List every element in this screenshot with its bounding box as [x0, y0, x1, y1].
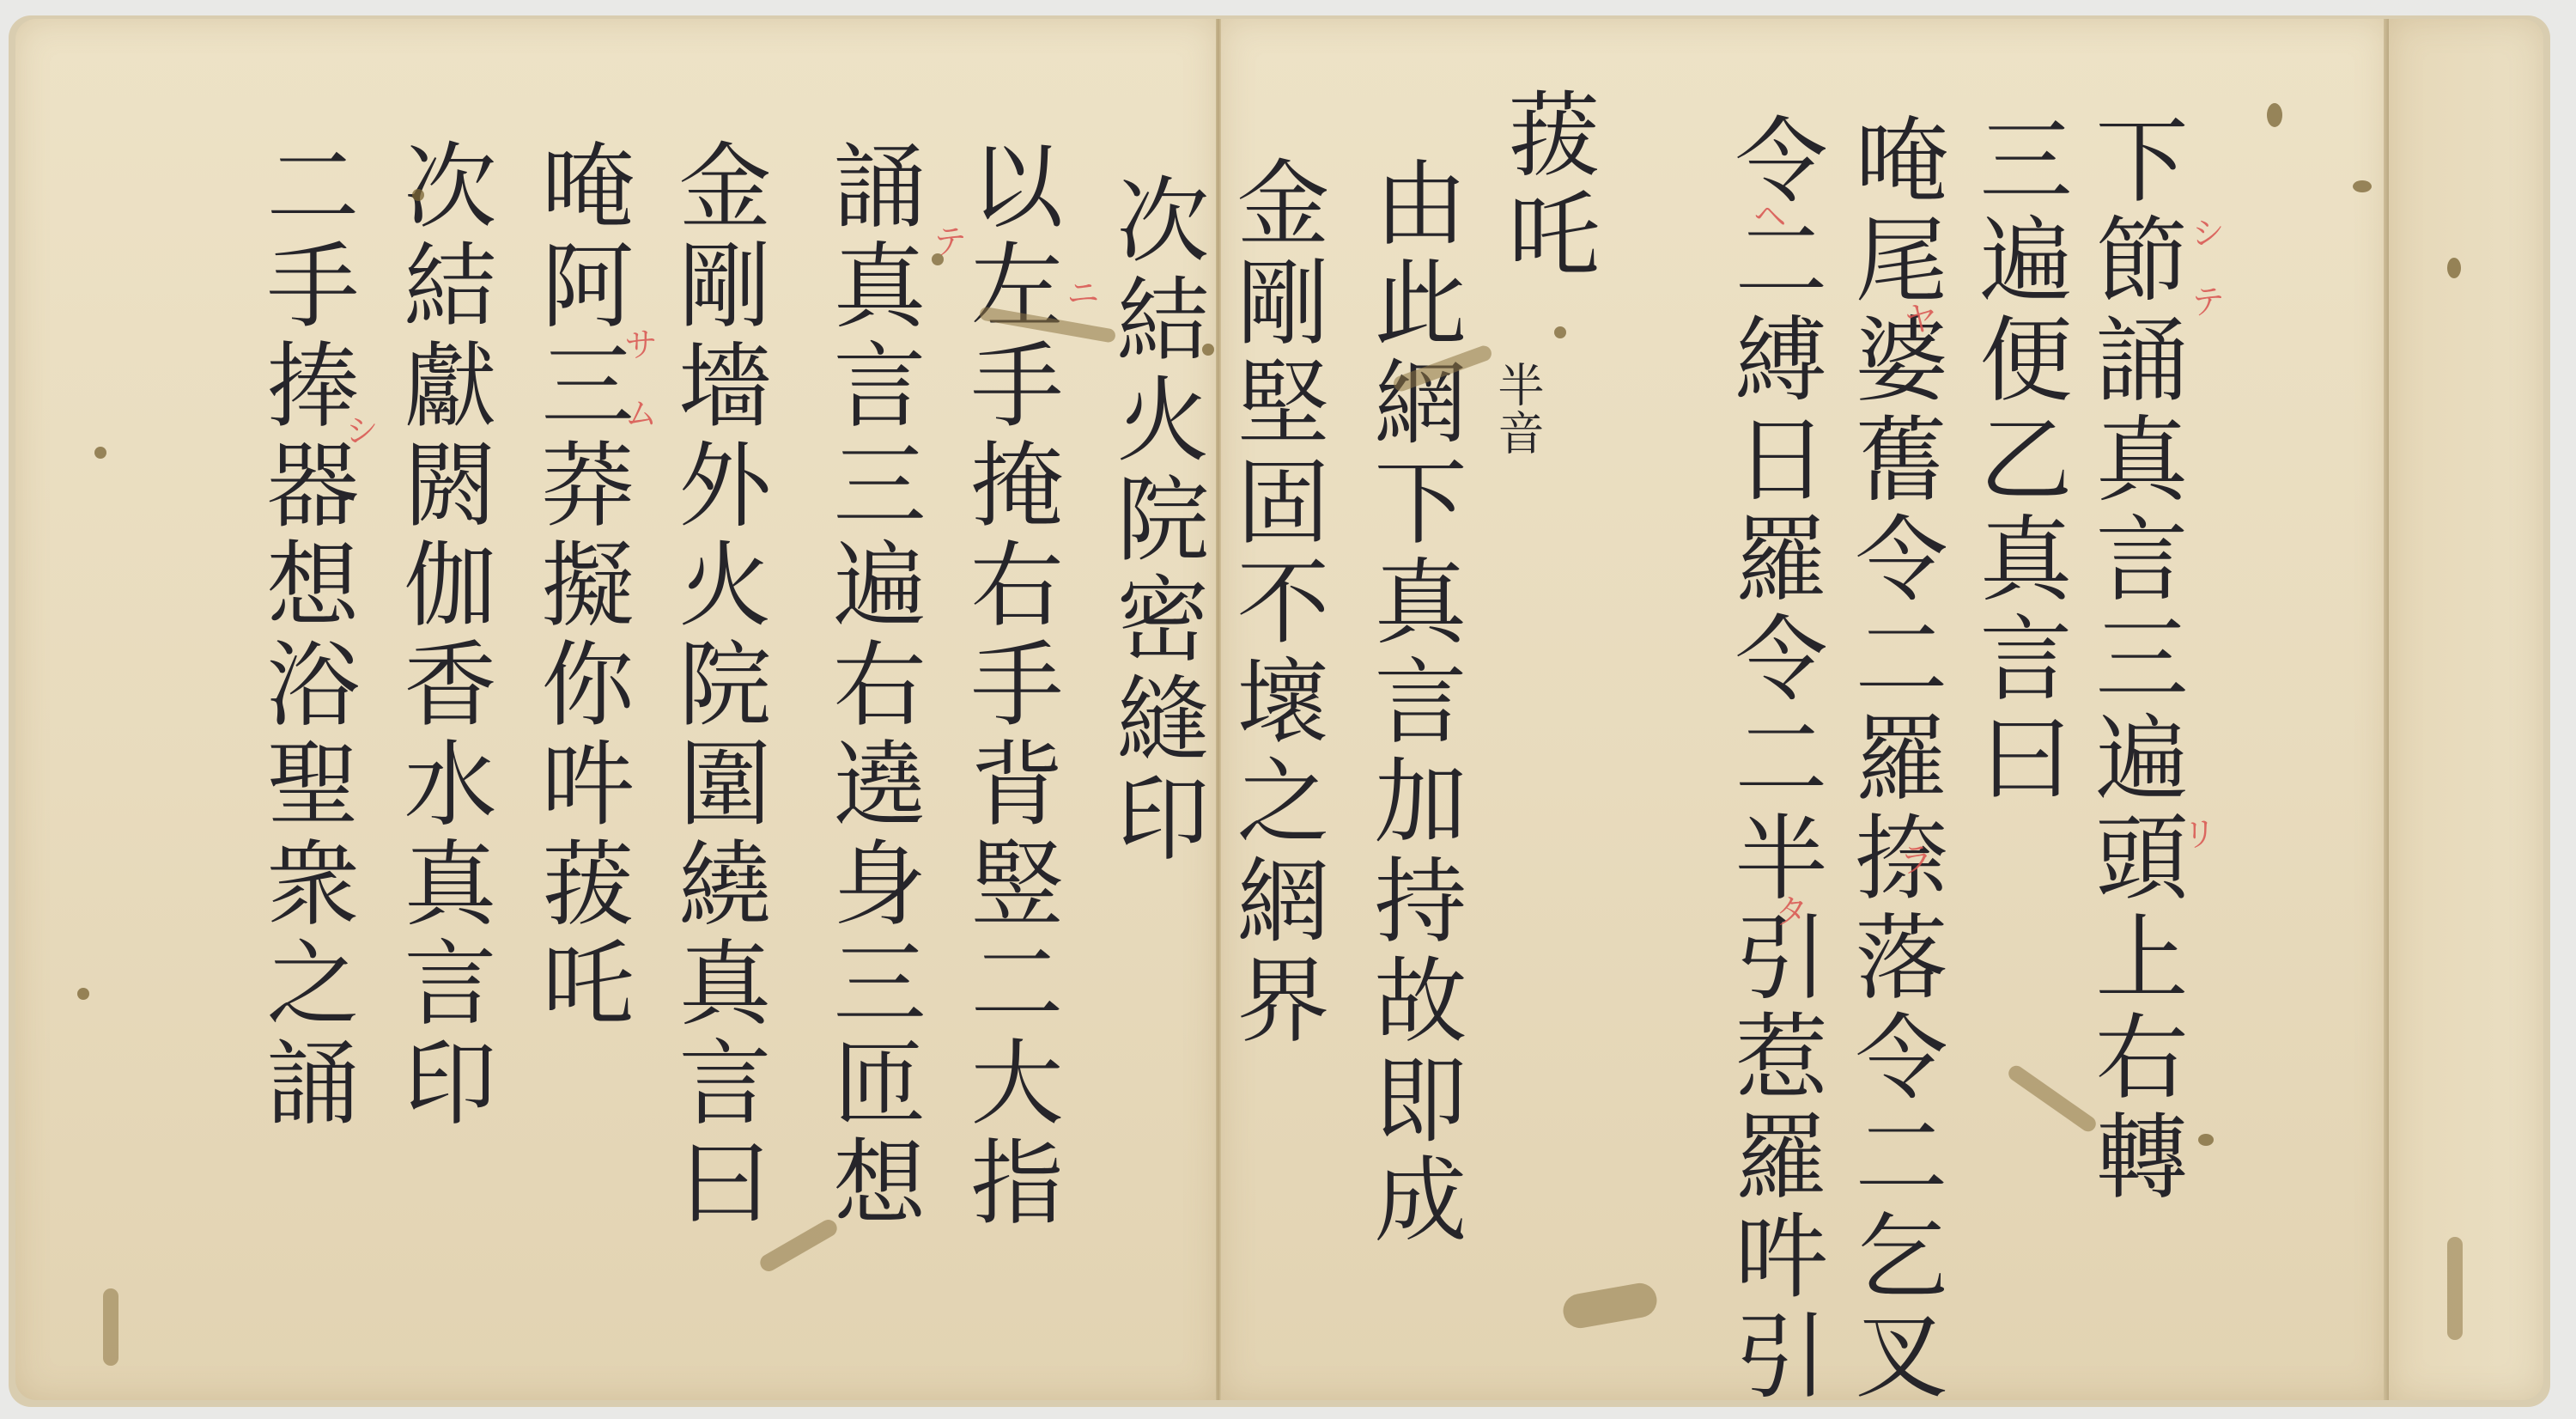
wormhole	[77, 988, 89, 1000]
red-gloss: シ	[335, 412, 384, 481]
red-gloss: ヘ	[1743, 198, 1792, 266]
text-column: 菝吒	[1498, 86, 1591, 285]
worm-track	[103, 1288, 118, 1366]
wormhole	[2198, 1134, 2214, 1146]
text-column: 以左手掩右手背竪二大指	[962, 137, 1054, 1233]
flap-edge	[2384, 19, 2389, 1400]
wormhole	[1554, 326, 1566, 338]
wormhole	[932, 253, 944, 265]
wormhole	[2267, 103, 2282, 127]
text-column: 次結火院密縫印	[1108, 172, 1200, 869]
interlinear-note: 半音	[1494, 361, 1540, 457]
text-column: 唵阿三莽擬你吽菝吒	[532, 137, 625, 1034]
wormhole	[412, 189, 424, 201]
text-column: 令二縛日羅令二半引惹羅吽引	[1726, 112, 1819, 1407]
text-column: 二手捧器想浴聖衆之誦	[258, 137, 350, 1134]
red-gloss: テ	[923, 223, 972, 292]
red-gloss: シテ	[2181, 215, 2230, 352]
wormhole	[1202, 344, 1214, 356]
page-flap	[2389, 19, 2543, 1400]
wormhole	[94, 447, 106, 459]
wormhole	[2447, 258, 2461, 278]
text-column: 由此網下真言加持故即成	[1365, 155, 1458, 1251]
red-gloss: タ	[1765, 893, 1814, 962]
text-column: 次結獻閼伽香水真言印	[395, 137, 488, 1134]
text-column: 金剛墻外火院圍繞真言曰	[670, 137, 762, 1233]
red-gloss: リ	[2172, 816, 2221, 885]
text-column: 下節誦真言三遍頭上右轉	[2087, 112, 2179, 1208]
worm-track	[2447, 1237, 2463, 1340]
text-column: 三遍便乙真言曰	[1971, 112, 2063, 809]
text-column: 誦真言三遍右遶身三匝想	[824, 137, 917, 1233]
red-gloss: ヤ	[1893, 301, 1942, 369]
text-column: 金剛堅固不壞之網界	[1228, 155, 1321, 1051]
wormhole	[2353, 180, 2372, 192]
red-gloss: サム	[614, 326, 663, 464]
red-gloss: ラ	[1889, 842, 1938, 910]
